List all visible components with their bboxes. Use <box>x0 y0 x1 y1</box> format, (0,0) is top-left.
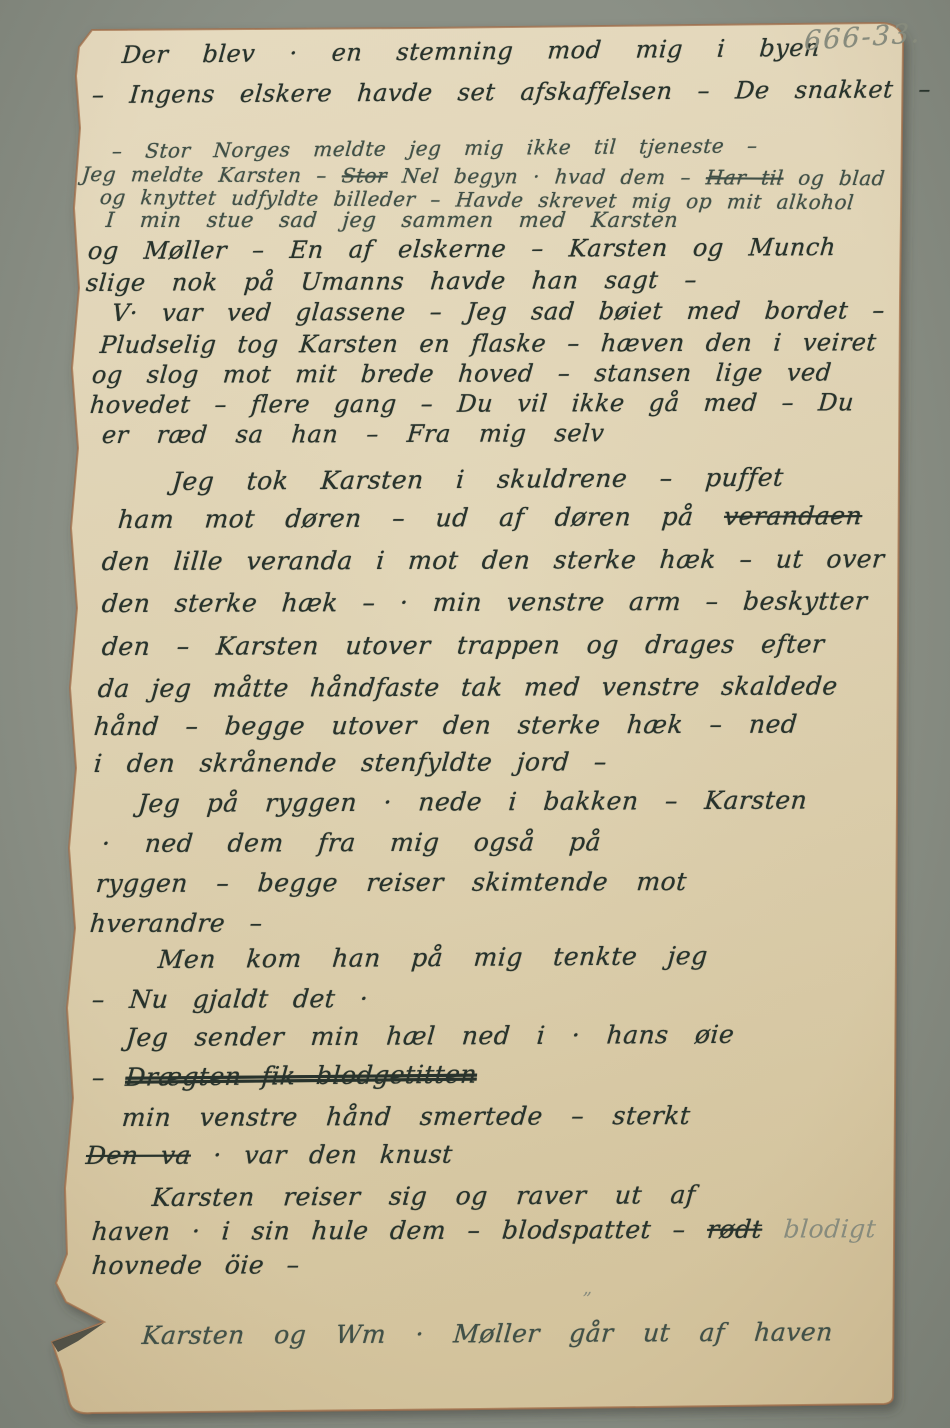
handwriting-segment: hverandre – <box>89 908 264 938</box>
handwriting-segment: Den va <box>85 1141 192 1170</box>
handwriting-segment: rødt <box>706 1215 763 1244</box>
handwriting-segment: hovedet – flere gang – Du vil ikke gå me… <box>89 388 855 419</box>
pencil-annotation: ” <box>581 1289 593 1310</box>
manuscript-line: · ned dem fra mig også på <box>101 828 602 857</box>
handwriting-segment: slige nok på Umanns havde han sagt – <box>85 266 698 297</box>
manuscript-line: er ræd sa han – Fra mig selv <box>101 420 606 448</box>
manuscript-line: slige nok på Umanns havde han sagt – <box>85 267 698 297</box>
handwriting-segment: ryggen – begge reiser skimtende mot <box>95 867 688 898</box>
handwriting-segment: – Nu gjaldt det · <box>91 984 370 1014</box>
handwriting-segment: Men kom han på mig tenkte jeg <box>157 941 709 974</box>
manuscript-line: Karsten og Wm · Møller går ut af haven <box>141 1318 834 1349</box>
handwriting-segment <box>761 1215 785 1244</box>
manuscript-line: – Ingens elskere havde set afskaffelsen … <box>91 76 932 108</box>
handwriting-segment: – Stor Norges meldte jeg mig ikke til tj… <box>111 133 759 163</box>
manuscript-line: ham mot døren – ud af døren på verandaen <box>117 502 864 533</box>
manuscript-line: i den skrånende stenfyldte jord – <box>93 748 608 777</box>
handwriting-segment: den – Karsten utover trappen og drages e… <box>101 629 826 661</box>
handwriting-segment: min venstre hånd smertede – sterkt <box>121 1101 692 1132</box>
handwriting-segment: Jeg sender min hæl ned i · hans øie <box>125 1020 736 1052</box>
manuscript-line: og Møller – En af elskerne – Karsten og … <box>87 234 837 264</box>
manuscript-line: – Drægten fik blodgetitten <box>91 1061 478 1092</box>
handwriting-segment: Drægten fik blodgetitten <box>124 1060 478 1092</box>
manuscript-line: ” <box>581 1290 592 1310</box>
manuscript-scan: 666-33. Der blev · en stemning mod mig i… <box>0 0 950 1428</box>
handwriting-segment: og Møller – En af elskerne – Karsten og … <box>87 233 837 265</box>
manuscript-lines: Der blev · en stemning mod mig i byen– I… <box>0 0 950 1428</box>
handwriting-segment: Der blev · en stemning mod mig i byen <box>121 34 821 69</box>
handwriting-segment: · var den knust <box>190 1140 454 1170</box>
handwriting-segment: verandaen <box>723 501 864 531</box>
manuscript-line: Karsten reiser sig og raver ut af <box>151 1181 697 1211</box>
handwriting-segment: og blad <box>782 166 886 191</box>
handwriting-segment: Jeg tok Karsten i skuldrene – puffet <box>171 463 785 496</box>
handwriting-segment: den sterke hæk – · min venstre arm – bes… <box>101 586 869 618</box>
handwriting-segment: Karsten reiser sig og raver ut af <box>151 1180 697 1212</box>
manuscript-line: den sterke hæk – · min venstre arm – bes… <box>101 587 869 617</box>
handwriting-segment: V· var ved glassene – Jeg sad bøiet med … <box>111 296 886 327</box>
manuscript-line: V· var ved glassene – Jeg sad bøiet med … <box>111 297 886 326</box>
manuscript-line: hånd – begge utover den sterke hæk – ned <box>93 711 799 741</box>
handwriting-segment: da jeg måtte håndfaste tak med venstre s… <box>97 671 839 703</box>
manuscript-line: Pludselig tog Karsten en flaske – hæven … <box>99 329 878 358</box>
manuscript-line: Der blev · en stemning mod mig i byen <box>121 35 821 69</box>
handwriting-segment: i den skrånende stenfyldte jord – <box>93 747 608 778</box>
manuscript-line: Den va · var den knust <box>85 1141 454 1170</box>
manuscript-line: hverandre – <box>89 909 264 937</box>
manuscript-line: Jeg tok Karsten i skuldrene – puffet <box>171 464 785 496</box>
handwriting-segment: Karsten og Wm · Møller går ut af haven <box>141 1317 834 1350</box>
manuscript-line: den lille veranda i mot den sterke hæk –… <box>101 545 886 575</box>
manuscript-line: Jeg sender min hæl ned i · hans øie <box>125 1021 736 1052</box>
manuscript-line: hovnede öie – <box>91 1251 301 1279</box>
handwriting-segment: Pludselig tog Karsten en flaske – hæven … <box>99 328 878 359</box>
manuscript-line: haven · i sin hule dem – blodspattet – r… <box>91 1215 878 1245</box>
manuscript-line: da jeg måtte håndfaste tak med venstre s… <box>97 672 839 702</box>
handwriting-segment: er ræd sa han – Fra mig selv <box>101 419 606 449</box>
handwriting-segment: Jeg på ryggen · nede i bakken – Karsten <box>137 785 809 818</box>
manuscript-line: ryggen – begge reiser skimtende mot <box>95 868 688 898</box>
pencil-annotation: blodigt <box>782 1214 877 1243</box>
handwriting-segment: Nel begyn · hvad dem – <box>386 164 707 190</box>
handwriting-segment: Stor <box>341 163 389 187</box>
manuscript-line: Jeg på ryggen · nede i bakken – Karsten <box>137 786 809 817</box>
handwriting-segment: Har til <box>705 165 785 189</box>
handwriting-segment: ham mot døren – ud af døren på <box>117 502 725 534</box>
manuscript-line: den – Karsten utover trappen og drages e… <box>101 630 826 660</box>
handwriting-segment: hovnede öie – <box>91 1250 301 1280</box>
handwriting-segment: · ned dem fra mig også på <box>101 827 602 858</box>
handwriting-segment: den lille veranda i mot den sterke hæk –… <box>101 544 886 576</box>
handwriting-segment: – Ingens elskere havde set afskaffelsen … <box>91 75 932 109</box>
manuscript-line: Men kom han på mig tenkte jeg <box>157 942 709 973</box>
manuscript-line: I min stue sad jeg sammen med Karsten <box>105 209 679 232</box>
handwriting-segment: I min stue sad jeg sammen med Karsten <box>105 208 679 232</box>
handwriting-segment: haven · i sin hule dem – blodspattet – <box>91 1215 709 1246</box>
manuscript-line: hovedet – flere gang – Du vil ikke gå me… <box>89 389 855 418</box>
manuscript-line: – Stor Norges meldte jeg mig ikke til tj… <box>111 134 758 162</box>
handwriting-segment: – <box>91 1063 127 1092</box>
handwriting-segment: Jeg meldte Karsten – <box>81 162 343 187</box>
manuscript-line: min venstre hånd smertede – sterkt <box>121 1102 692 1131</box>
handwriting-segment: og slog mot mit brede hoved – stansen li… <box>91 358 833 389</box>
manuscript-line: – Nu gjaldt det · <box>91 985 370 1013</box>
manuscript-line: og slog mot mit brede hoved – stansen li… <box>91 359 833 388</box>
handwriting-segment: hånd – begge utover den sterke hæk – ned <box>93 710 799 741</box>
